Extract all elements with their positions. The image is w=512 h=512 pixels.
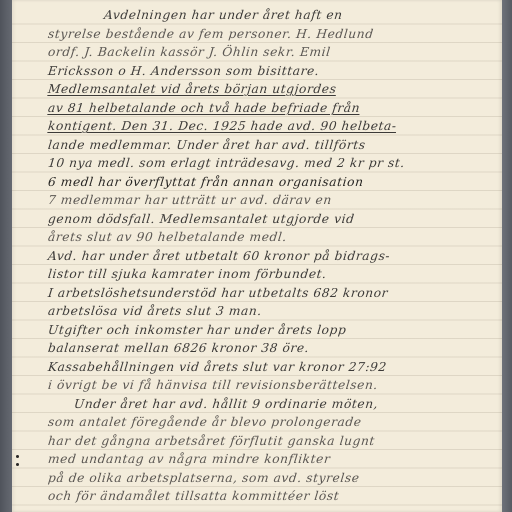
text-line: Kassabehållningen vid årets slut var kro… xyxy=(11,358,503,377)
text-line: 10 nya medl. som erlagt inträdesavg. med… xyxy=(11,154,503,173)
text-line: årets slut av 90 helbetalande medl. xyxy=(11,228,503,247)
text-line: Ericksson o H. Andersson som bisittare. xyxy=(11,62,503,81)
text-line: Under året har avd. hållit 9 ordinarie m… xyxy=(11,395,503,414)
text-line: 6 medl har överflyttat från annan organi… xyxy=(11,173,503,192)
text-line: arbetslösa vid årets slut 3 man. xyxy=(11,302,503,321)
text-line: ordf. J. Backelin kassör J. Öhlin sekr. … xyxy=(11,43,503,62)
handwritten-page: Avdelningen har under året haft en styre… xyxy=(12,0,502,512)
text-line: balanserat mellan 6826 kronor 38 öre. xyxy=(11,339,503,358)
text-line: Utgifter och inkomster har under årets l… xyxy=(11,321,503,340)
text-line: kontigent. Den 31. Dec. 1925 hade avd. 9… xyxy=(11,117,503,136)
text-line: som antalet föregående år blevo prolonge… xyxy=(11,413,503,432)
text-line: genom dödsfall. Medlemsantalet utgjorde … xyxy=(11,210,503,229)
text-line: lande medlemmar. Under året har avd. til… xyxy=(11,136,503,155)
text-line: styrelse bestående av fem personer. H. H… xyxy=(11,25,503,44)
text-line: Medlemsantalet vid årets början utgjorde… xyxy=(11,80,503,99)
ink-dot xyxy=(16,455,19,458)
text-line: i övrigt be vi få hänvisa till revisions… xyxy=(11,376,503,395)
text-line: av 81 helbetalande och två hade befriade… xyxy=(11,99,503,118)
text-line: I arbetslöshetsunderstöd har utbetalts 6… xyxy=(11,284,503,303)
text-line: listor till sjuka kamrater inom förbunde… xyxy=(11,265,503,284)
scan-border-left xyxy=(0,0,12,512)
text-line: Avdelningen har under året haft en xyxy=(11,6,503,25)
text-line: med undantag av några mindre konflikter xyxy=(11,450,503,469)
text-line: Avd. har under året utbetalt 60 kronor p… xyxy=(11,247,503,266)
handwritten-text-body: Avdelningen har under året haft en styre… xyxy=(12,6,502,506)
scan-border-right xyxy=(502,0,512,512)
ink-dot xyxy=(16,463,19,466)
text-line: och för ändamålet tillsatta kommittéer l… xyxy=(11,487,503,506)
text-line: har det gångna arbetsåret förflutit gans… xyxy=(11,432,503,451)
text-line: 7 medlemmar har utträtt ur avd. därav en xyxy=(11,191,503,210)
text-line: på de olika arbetsplatserna, som avd. st… xyxy=(11,469,503,488)
margin-ink-dots xyxy=(16,455,22,475)
